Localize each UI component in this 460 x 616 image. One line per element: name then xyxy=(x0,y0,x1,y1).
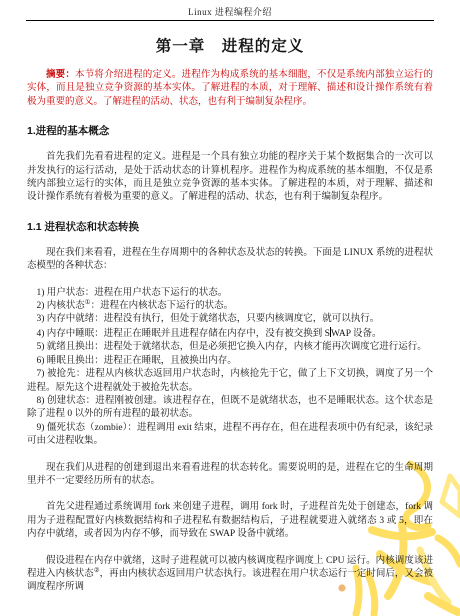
section-heading: 1.进程的基本概念 xyxy=(27,123,433,138)
paragraph: 首先父进程通过系统调用 fork 来创建子进程，调用 fork 时，子进程首先处… xyxy=(27,501,433,541)
list-item: 5) 就绪且换出：进程处于就绪状态，但是必须把它换入内存，内核才能再次调度它进行… xyxy=(27,341,433,354)
section-heading: 1.1 进程状态和状态转换 xyxy=(27,219,433,234)
list-item: 7) 被抢先：进程从内核状态返回用户状态时，内核抢先于它，做了上下文切换，调度了… xyxy=(27,368,433,395)
paragraph: 现在我们来看看，进程在生存周期中的各种状态及状态的转换。下面是 LINUX 系统… xyxy=(27,247,433,274)
list-item: 8) 创建状态：进程刚被创建。该进程存在，但既不是就绪状态，也不是睡眠状态。这个… xyxy=(27,395,433,422)
list-item: 2) 内核状态①：进程在内核状态下运行的状态。 xyxy=(27,300,433,313)
paragraph: 假设进程在内存中就绪，这时子进程就可以被内核调度程序调度上 CPU 运行。内核调… xyxy=(27,555,433,595)
running-header: Linux 进程编程介绍 xyxy=(0,0,460,18)
chapter-title: 第一章 进程的定义 xyxy=(0,34,460,56)
document-page: Linux 进程编程介绍 第一章 进程的定义 摘要：本节将介绍进程的定义。进程作… xyxy=(0,0,460,616)
paragraph: 首先我们先看看进程的定义。进程是一个具有独立功能的程序关于某个数据集合的一次可以… xyxy=(27,151,433,205)
paragraph: 现在我们从进程的创建到退出来看看进程的状态转化。需要说明的是，进程在它的生命周期… xyxy=(27,462,433,489)
list-item: 6) 睡眠且换出：进程正在睡眠，且被换出内存。 xyxy=(27,355,433,368)
list-item: 3) 内存中就绪：进程没有执行，但处于就绪状态，只要内核调度它，就可以执行。 xyxy=(27,313,433,326)
content-flow: 摘要：本节将介绍进程的定义。进程作为构成系统的基本细胞，不仅是系统内部独立运行的… xyxy=(0,69,460,595)
list-item: 4) 内存中睡眠：进程正在睡眠并且进程存储在内存中，没有被交换到 SWAP 设备… xyxy=(27,327,433,341)
list-item: 9) 僵死状态（zombie）：进程调用 exit 结束，进程不再存在，但在进程… xyxy=(27,422,433,449)
header-rule xyxy=(26,20,434,21)
abstract-paragraph: 摘要：本节将介绍进程的定义。进程作为构成系统的基本细胞，不仅是系统内部独立运行的… xyxy=(27,69,433,109)
